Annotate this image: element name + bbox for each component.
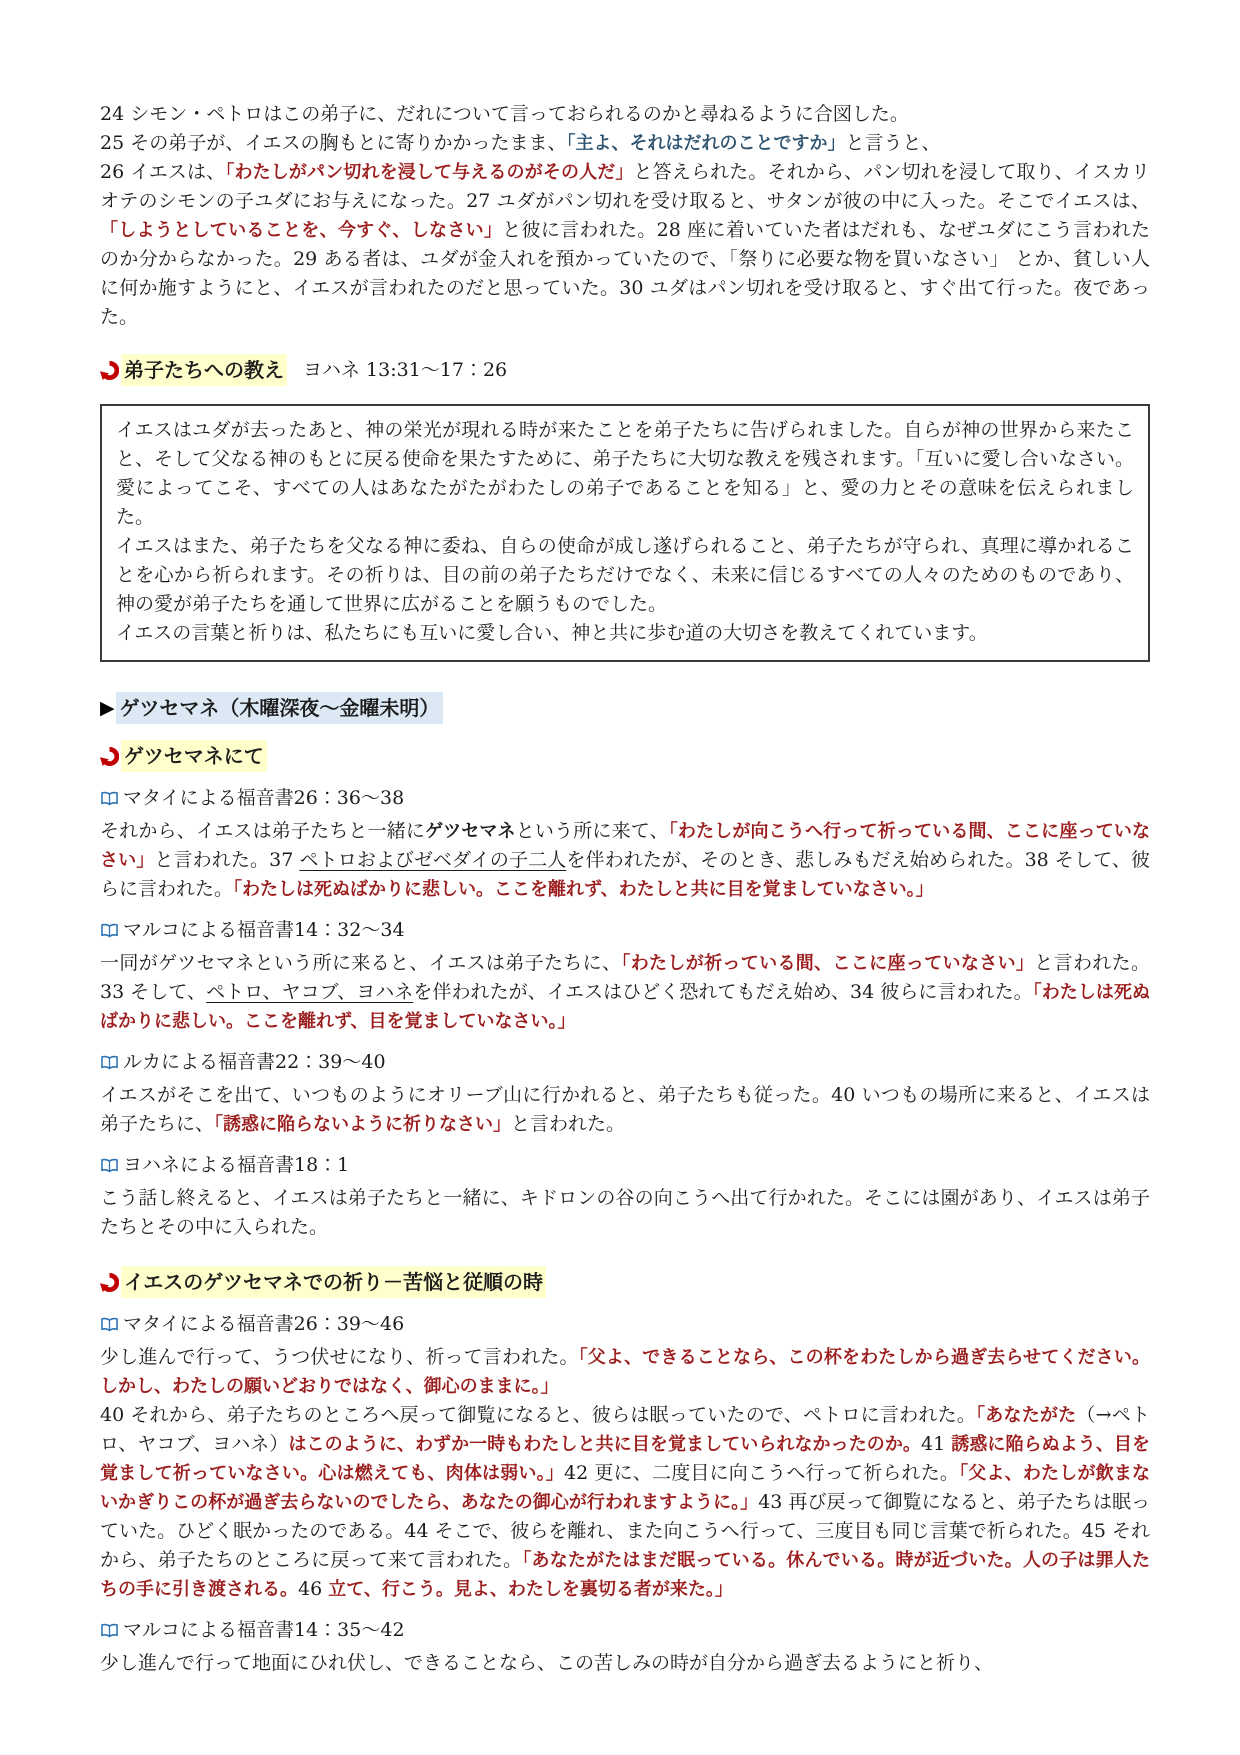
circular-arrow-icon [100,361,119,380]
text-run: 25 その弟子が、イエスの胸もとに寄りかかったまま、 [100,132,566,154]
scripture-text: こう話し終えると、イエスは弟子たちと一緒に、キドロンの谷の向こうへ出て行かれた。… [100,1184,1150,1242]
scripture-reference: マルコによる福音書14：35～42 [100,1616,1150,1645]
triangle-bullet-icon: ▶ [100,693,115,723]
summary-paragraph: イエスはユダが去ったあと、神の栄光が現れる時が来たことを弟子たちに告げられました… [116,416,1134,532]
text-run: 「あなたがた [976,1405,1076,1426]
book-icon [100,1623,119,1638]
summary-paragraph: イエスの言葉と祈りは、私たちにも互いに愛し合い、神と共に歩む道の大切さを教えてく… [116,619,1134,648]
text-run: 46 [298,1578,328,1600]
text-run: 「しようとしていることを、今すぐ、しなさい」 [100,220,502,241]
heading-label: ゲツセマネにて [121,740,267,772]
scripture-text: 少し進んで行って、うつ伏せになり、祈って言われた。「父よ、できることなら、この杯… [100,1343,1150,1604]
book-icon [100,1055,119,1070]
heading-label: イエスのゲツセマネでの祈り－苦悩と従順の時 [121,1266,546,1298]
text-run: こう話し終えると、イエスは弟子たちと一緒に、キドロンの谷の向こうへ出て行かれた。… [100,1187,1150,1238]
text-run: 「誘惑に陥らないように祈りなさい」 [214,1114,511,1135]
scripture-reference-label: ルカによる福音書22：39～40 [123,1048,386,1077]
text-run: と言うと、 [845,132,940,154]
text-run: 少し進んで行って、うつ伏せになり、祈って言われた。 [100,1346,579,1368]
scripture-section-mark-14-32: マルコによる福音書14：32～34 一同がゲツセマネという所に来ると、イエスは弟… [100,916,1150,1036]
text-run: 一同がゲツセマネという所に来ると、イエスは弟子たちに、 [100,952,621,974]
scripture-reference: ルカによる福音書22：39～40 [100,1048,1150,1077]
subheading-prayer: イエスのゲツセマネでの祈り－苦悩と従順の時 [100,1266,1150,1298]
circular-arrow-icon [100,1273,119,1292]
scripture-text: それから、イエスは弟子たちと一緒にゲツセマネという所に来て、「わたしが向こうへ行… [100,817,1150,904]
text-run: 少し進んで行って地面にひれ伏し、できることなら、この苦しみの時が自分から過ぎ去る… [100,1652,993,1674]
text-run: 41 [921,1433,951,1455]
scripture-reference: マタイによる福音書26：36～38 [100,784,1150,813]
text-run: 24 シモン・ペトロはこの弟子に、だれについて言っておられるのかと尋ねるように合… [100,103,909,125]
scripture-reference-label: ヨハネによる福音書18：1 [123,1151,349,1180]
circular-arrow-icon [100,747,119,766]
scripture-reference-label: マルコによる福音書14：32～34 [123,916,405,945]
text-run: 「わたしは死ぬばかりに悲しい。ここを離れず、わたしと共に目を覚ましていなさい。」 [233,879,934,900]
scripture-text: イエスがそこを出て、いつものようにオリーブ山に行かれると、弟子たちも従った。40… [100,1081,1150,1139]
scripture-section-mark-14-35: マルコによる福音書14：35～42 少し進んで行って地面にひれ伏し、できることな… [100,1616,1150,1678]
text-run: 26 イエスは、 [100,161,225,183]
scripture-section-luke-22-39: ルカによる福音書22：39～40 イエスがそこを出て、いつものようにオリーブ山に… [100,1048,1150,1139]
text-run: を伴われたが、イエスはひどく恐れてもだえ始め、34 彼らに言われた。 [413,981,1032,1003]
scripture-reference: マルコによる福音書14：32～34 [100,916,1150,945]
document-page: 24 シモン・ペトロはこの弟子に、だれについて言っておられるのかと尋ねるように合… [0,0,1240,1755]
text-run: ペトロ、ヤコブ、ヨハネ [206,981,413,1003]
text-run: と言われた。 [511,1113,625,1135]
text-run: 立て、行こう。見よ、わたしを裏切る者が来た。」 [328,1579,733,1600]
text-run: はこのように、わずか一時もわたしと共に目を覚ましていられなかったのか。 [288,1434,921,1455]
scripture-section-matthew-26-39: マタイによる福音書26：39～46 少し進んで行って、うつ伏せになり、祈って言わ… [100,1310,1150,1604]
summary-paragraph: イエスはまた、弟子たちを父なる神に委ね、自らの使命が成し遂げられること、弟子たち… [116,532,1134,619]
summary-box: イエスはユダが去ったあと、神の栄光が現れる時が来たことを弟子たちに告げられました… [100,404,1150,662]
heading-label: 弟子たちへの教え [121,354,287,386]
scripture-reference-label: マタイによる福音書26：39～46 [123,1310,404,1339]
text-run: それから、イエスは弟子たちと一緒に [100,820,425,842]
section-heading-teaching: 弟子たちへの教え ヨハネ 13:31～17：26 [100,354,1150,386]
text-run: 40 それから、弟子たちのところへ戻って御覧になると、彼らは眠っていたので、ペト… [100,1404,976,1426]
book-icon [100,1158,119,1173]
text-run: という所に来て、 [516,820,669,842]
text-run: と言われた。37 [154,849,299,871]
scripture-text: 少し進んで行って地面にひれ伏し、できることなら、この苦しみの時が自分から過ぎ去る… [100,1649,1150,1678]
text-run: 「主よ、それはだれのことですか」 [566,133,845,154]
book-icon [100,1317,119,1332]
text-run: 「わたしが祈っている間、ここに座っていなさい」 [621,953,1034,974]
scripture-section-john-18-1: ヨハネによる福音書18：1 こう話し終えると、イエスは弟子たちと一緒に、キドロン… [100,1151,1150,1242]
heading-label: ゲツセマネ（木曜深夜～金曜未明） [116,692,444,724]
text-run: 「わたしがパン切れを浸して与えるのがその人だ」 [225,162,633,183]
scripture-text: 一同がゲツセマネという所に来ると、イエスは弟子たちに、「わたしが祈っている間、こ… [100,949,1150,1036]
text-run: ゲツセマネ [425,821,516,842]
scripture-reference-label: マタイによる福音書26：36～38 [123,784,404,813]
scripture-reference: マタイによる福音書26：39～46 [100,1310,1150,1339]
text-run: ペトロおよびゼベダイの子二人 [299,849,566,871]
scripture-section-matthew-26-36: マタイによる福音書26：36～38 それから、イエスは弟子たちと一緒にゲツセマネ… [100,784,1150,904]
passage-john-13-24-30: 24 シモン・ペトロはこの弟子に、だれについて言っておられるのかと尋ねるように合… [100,100,1150,332]
scripture-reference-label: マルコによる福音書14：35～42 [123,1616,405,1645]
book-icon [100,923,119,938]
text-run: 42 更に、二度目に向こうへ行って祈られた。 [564,1462,959,1484]
subheading-at-gethsemane: ゲツセマネにて [100,740,1150,772]
book-icon [100,791,119,806]
heading-reference: ヨハネ 13:31～17：26 [303,355,507,385]
scripture-reference: ヨハネによる福音書18：1 [100,1151,1150,1180]
section-heading-gethsemane: ▶ ゲツセマネ（木曜深夜～金曜未明） [100,692,1150,724]
